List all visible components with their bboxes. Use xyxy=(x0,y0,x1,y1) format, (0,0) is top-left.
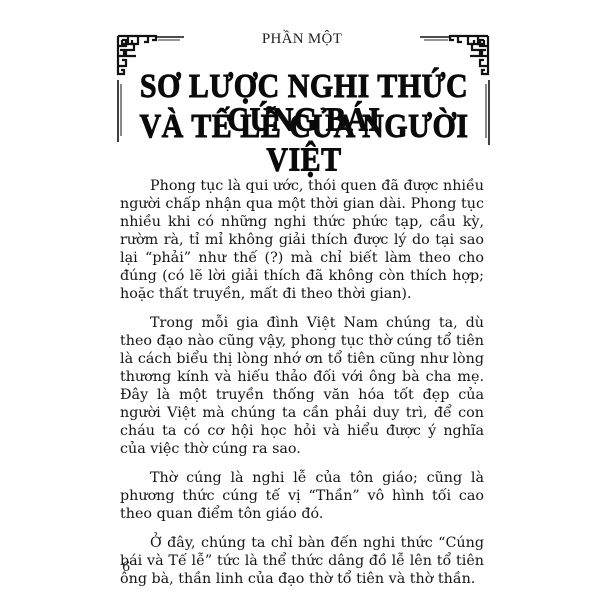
chapter-title-line-2: VÀ TẾ LỄ CỦA NGƯỜI VIỆT xyxy=(118,110,490,177)
page-number: 6 xyxy=(122,560,130,575)
book-page: PHẦN MỘT SƠ LƯỢC NGHI THỨC CÚNG BÁI VÀ T… xyxy=(0,0,600,600)
part-label: PHẦN MỘT xyxy=(0,31,600,48)
paragraph: Thờ cúng là nghi lễ của tôn giáo; cũng l… xyxy=(120,469,484,523)
paragraph: Phong tục là qui ước, thói quen đã được … xyxy=(120,177,484,303)
paragraph: Ở đây, chúng ta chỉ bàn đến nghi thức “C… xyxy=(120,534,484,588)
body-text: Phong tục là qui ước, thói quen đã được … xyxy=(120,177,484,599)
paragraph: Trong mỗi gia đình Việt Nam chúng ta, dù… xyxy=(120,314,484,458)
